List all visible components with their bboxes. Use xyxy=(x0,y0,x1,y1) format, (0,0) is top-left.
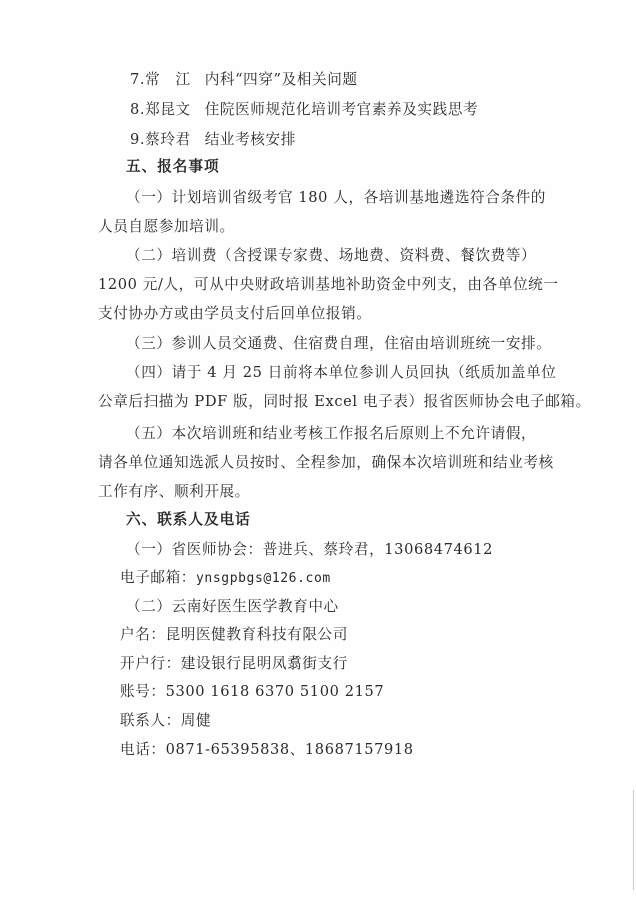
contact-person: 联系人：周健 xyxy=(120,711,211,731)
speaker-number: 9. xyxy=(130,131,145,148)
section-heading-contacts: 六、联系人及电话 xyxy=(126,510,251,530)
speaker-topic: 住院医师规范化培训考官素养及实践思考 xyxy=(205,101,479,118)
registration-item-1-line2: 人员自愿参加培训。 xyxy=(98,217,235,237)
speaker-topic: 内科“四穿”及相关问题 xyxy=(205,71,358,88)
contact-phone: 电话：0871-65395838、18687157918 xyxy=(120,740,414,760)
section-heading-registration: 五、报名事项 xyxy=(126,157,220,177)
registration-item-4-line1: （四）请于 4 月 25 日前将本单位参训人员回执（纸质加盖单位 xyxy=(126,363,556,383)
email-address: ynsgpbgs@126.com xyxy=(196,571,331,586)
speaker-name: 郑昆文 xyxy=(145,101,191,118)
registration-item-5-line3: 工作有序、顺利开展。 xyxy=(98,482,250,502)
bank-branch: 开户行：建设银行昆明凤翥街支行 xyxy=(120,654,348,674)
speaker-name: 蔡玲君 xyxy=(145,131,191,148)
speaker-number: 8. xyxy=(130,101,145,118)
speaker-number: 7. xyxy=(130,71,145,88)
registration-item-2-line2: 1200 元/人，可从中央财政培训基地补助资金中列支，由各单位统一 xyxy=(98,275,559,295)
registration-item-2-line1: （二）培训费（含授课专家费、场地费、资料费、餐饮费等） xyxy=(126,246,536,266)
contact-education-center: （二）云南好医生医学教育中心 xyxy=(126,597,339,617)
registration-item-1-line1: （一）计划培训省级考官 180 人，各培训基地遴选符合条件的 xyxy=(126,188,546,208)
email-label: 电子邮箱： xyxy=(120,569,196,586)
registration-item-5-line2: 请各单位通知选派人员按时、全程参加，确保本次培训班和结业考核 xyxy=(98,453,554,473)
speaker-item-8: 8.郑昆文住院医师规范化培训考官素养及实践思考 xyxy=(130,100,478,120)
scan-edge-mark xyxy=(633,790,634,890)
speaker-topic: 结业考核安排 xyxy=(205,131,296,148)
account-number: 账号：5300 1618 6370 5100 2157 xyxy=(120,682,384,702)
registration-item-2-line3: 支付协办方或由学员支付后回单位报销。 xyxy=(98,304,372,324)
speaker-item-7: 7.常 江内科“四穿”及相关问题 xyxy=(130,70,358,90)
document-page: 7.常 江内科“四穿”及相关问题 8.郑昆文住院医师规范化培训考官素养及实践思考… xyxy=(0,0,636,900)
contact-email-row: 电子邮箱：ynsgpbgs@126.com xyxy=(120,568,331,589)
registration-item-5-line1: （五）本次培训班和结业考核工作报名后原则上不允许请假， xyxy=(126,424,536,444)
speaker-name: 常 江 xyxy=(145,71,191,88)
account-name: 户名：昆明医健教育科技有限公司 xyxy=(120,625,348,645)
registration-item-3-line1: （三）参训人员交通费、住宿费自理，住宿由培训班统一安排。 xyxy=(126,334,551,354)
registration-item-4-line2: 公章后扫描为 PDF 版，同时报 Excel 电子表）报省医师协会电子邮箱。 xyxy=(98,392,591,412)
contact-association: （一）省医师协会：普进兵、蔡玲君，13068474612 xyxy=(126,540,493,560)
speaker-item-9: 9.蔡玲君结业考核安排 xyxy=(130,130,296,150)
